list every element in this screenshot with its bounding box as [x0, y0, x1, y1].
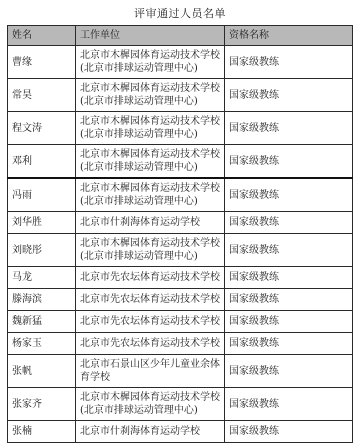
cell-name: 马龙: [8, 267, 76, 289]
cell-name: 程文涛: [8, 112, 76, 145]
cell-name: 杨家玉: [8, 333, 76, 355]
table-row: 张帆 北京市石景山区少年儿童业余体育学校 国家级教练: [8, 355, 353, 388]
table-row: 曹缘 北京市木樨园体育运动技术学校(北京市排球运动管理中心) 国家级教练: [8, 46, 353, 79]
cell-name: 曹缘: [8, 46, 76, 79]
cell-work-unit: 北京市木樨园体育运动技术学校(北京市排球运动管理中心): [75, 145, 224, 179]
cell-qualification: 国家级教练: [224, 145, 352, 179]
unit-line: 北京市先农坛体育运动技术学校: [80, 293, 220, 306]
unit-line: 北京市木樨园体育运动技术学校: [80, 82, 220, 95]
unit-line: 育学校: [80, 371, 220, 384]
cell-name: 滕海滨: [8, 289, 76, 311]
table-row: 魏新猛 北京市先农坛体育运动技术学校 国家级教练: [8, 311, 353, 333]
cell-qualification: 国家级教练: [224, 112, 352, 145]
cell-qualification: 国家级教练: [224, 79, 352, 112]
unit-line: 北京市先农坛体育运动技术学校: [80, 271, 220, 284]
document-title: 评审通过人员名单: [0, 5, 360, 21]
unit-line: (北京市排球运动管理中心): [80, 195, 220, 208]
unit-line: 北京市石景山区少年儿童业余体: [80, 358, 220, 371]
cell-qualification: 国家级教练: [224, 234, 352, 267]
table-row: 杨家玉 北京市先农坛体育运动技术学校 国家级教练: [8, 333, 353, 355]
unit-line: 北京市什刹海体育运动学校: [80, 216, 220, 229]
cell-name: 常昊: [8, 79, 76, 112]
cell-qualification: 国家级教练: [224, 388, 352, 414]
table-row: 刘华胜 北京市什刹海体育运动学校 国家级教练: [8, 212, 353, 234]
cell-name: 张帆: [8, 355, 76, 388]
cell-work-unit: 北京市木樨园体育运动技术学校(北京市排球运动管理中心): [75, 178, 224, 212]
cell-work-unit: 北京市木樨园体育运动技术学校(北京市排球运动管理中心): [75, 79, 224, 112]
unit-line: 北京市木樨园体育运动技术学校: [80, 182, 220, 195]
unit-line: 北京市木樨园体育运动技术学校: [80, 237, 220, 250]
cell-name: 刘晓彤: [8, 234, 76, 267]
table-row: 冯雨 北京市木樨园体育运动技术学校(北京市排球运动管理中心) 国家级教练: [8, 178, 353, 212]
cell-work-unit: 北京市木樨园体育运动技术学校(北京市排球运动管理中心): [75, 112, 224, 145]
approved-personnel-table: 姓名 工作单位 资格名称 曹缘 北京市木樨园体育运动技术学校(北京市排球运动管理…: [7, 25, 353, 413]
cell-work-unit: 北京市先农坛体育运动技术学校: [75, 311, 224, 333]
cell-name: 冯雨: [8, 178, 76, 212]
cell-qualification: 国家级教练: [224, 289, 352, 311]
unit-line: 北京市木樨园体育运动技术学校: [80, 49, 220, 62]
header-name: 姓名: [8, 26, 76, 46]
cell-work-unit: 北京市什刹海体育运动学校: [75, 212, 224, 234]
unit-line: (北京市排球运动管理中心): [80, 95, 220, 108]
table-row: 滕海滨 北京市先农坛体育运动技术学校 国家级教练: [8, 289, 353, 311]
unit-line: (北京市排球运动管理中心): [80, 128, 220, 141]
cell-work-unit: 北京市先农坛体育运动技术学校: [75, 333, 224, 355]
table-header-row: 姓名 工作单位 资格名称: [8, 26, 353, 46]
table-row: 张家齐 北京市木樨园体育运动技术学校(北京市排球运动管理中心) 国家级教练: [8, 388, 353, 414]
unit-line: 北京市木樨园体育运动技术学校: [80, 391, 220, 404]
unit-line: 北京市木樨园体育运动技术学校: [80, 148, 220, 161]
cell-work-unit: 北京市木樨园体育运动技术学校(北京市排球运动管理中心): [75, 234, 224, 267]
unit-line: (北京市排球运动管理中心): [80, 161, 220, 174]
unit-line: 北京市先农坛体育运动技术学校: [80, 315, 220, 328]
cell-work-unit: 北京市木樨园体育运动技术学校(北京市排球运动管理中心): [75, 46, 224, 79]
cell-qualification: 国家级教练: [224, 355, 352, 388]
cell-work-unit: 北京市先农坛体育运动技术学校: [75, 267, 224, 289]
cell-qualification: 国家级教练: [224, 333, 352, 355]
unit-line: (北京市排球运动管理中心): [80, 250, 220, 263]
unit-line: 北京市先农坛体育运动技术学校: [80, 337, 220, 350]
table-row: 邓利 北京市木樨园体育运动技术学校(北京市排球运动管理中心) 国家级教练: [8, 145, 353, 179]
cell-work-unit: 北京市木樨园体育运动技术学校(北京市排球运动管理中心): [75, 388, 224, 414]
cell-qualification: 国家级教练: [224, 46, 352, 79]
cell-qualification: 国家级教练: [224, 178, 352, 212]
cell-qualification: 国家级教练: [224, 311, 352, 333]
cell-work-unit: 北京市先农坛体育运动技术学校: [75, 289, 224, 311]
table-row: 程文涛 北京市木樨园体育运动技术学校(北京市排球运动管理中心) 国家级教练: [8, 112, 353, 145]
header-qualification: 资格名称: [224, 26, 352, 46]
cell-name: 魏新猛: [8, 311, 76, 333]
table-row: 马龙 北京市先农坛体育运动技术学校 国家级教练: [8, 267, 353, 289]
table-row: 常昊 北京市木樨园体育运动技术学校(北京市排球运动管理中心) 国家级教练: [8, 79, 353, 112]
cell-qualification: 国家级教练: [224, 267, 352, 289]
table-row: 刘晓彤 北京市木樨园体育运动技术学校(北京市排球运动管理中心) 国家级教练: [8, 234, 353, 267]
unit-line: (北京市排球运动管理中心): [80, 404, 220, 413]
cell-name: 张家齐: [8, 388, 76, 414]
header-work-unit: 工作单位: [75, 26, 224, 46]
cell-name: 刘华胜: [8, 212, 76, 234]
cell-name: 邓利: [8, 145, 76, 179]
unit-line: 北京市木樨园体育运动技术学校: [80, 115, 220, 128]
cell-work-unit: 北京市石景山区少年儿童业余体育学校: [75, 355, 224, 388]
unit-line: (北京市排球运动管理中心): [80, 62, 220, 75]
cell-qualification: 国家级教练: [224, 212, 352, 234]
